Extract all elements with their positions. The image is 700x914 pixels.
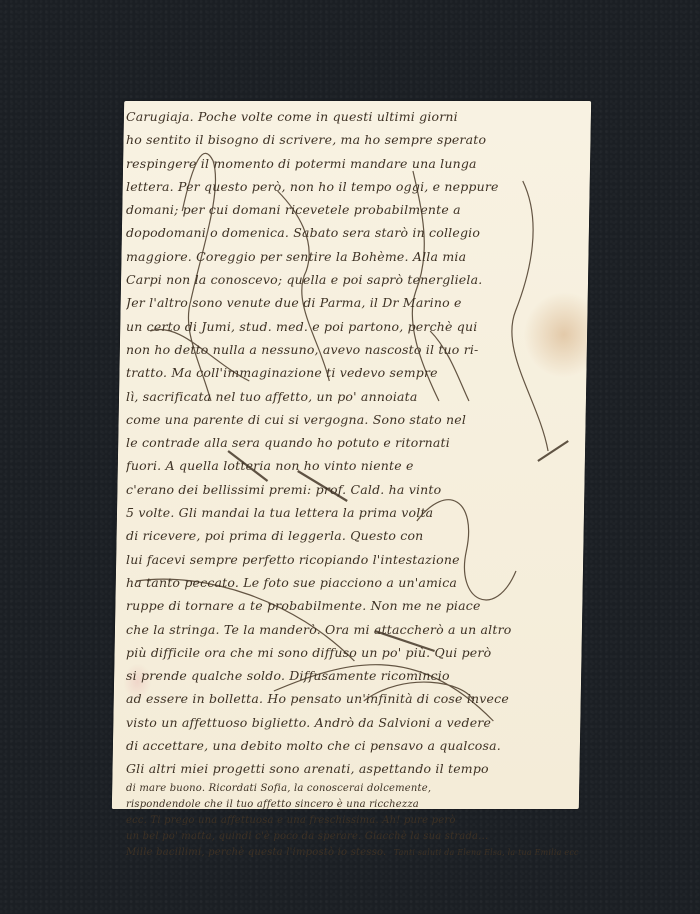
letter-line: 5 volte. Gli mandai la tua lettera la pr… [126, 501, 579, 524]
letter-line: Jer l'altro sono venute due di Parma, il… [126, 291, 579, 314]
letter-line: più difficile ora che mi sono diffuso un… [126, 641, 579, 664]
letter-body: Carugiaja. Poche volte come in questi ul… [126, 105, 579, 805]
letter-line: ecc. Ti prego una affettuosa e una fresc… [126, 813, 579, 829]
letter-line: di ricevere, poi prima di leggerla. Ques… [126, 524, 579, 547]
letter-line: fuori. A quella lotteria non ho vinto ni… [126, 454, 579, 477]
letter-line: che la stringa. Te la manderò. Ora mi at… [126, 618, 579, 641]
letter-line: non ho detto nulla a nessuno, avevo nasc… [126, 338, 579, 361]
letter-line: si prende qualche soldo. Diffusamente ri… [126, 664, 579, 687]
letter-line: le contrade alla sera quando ho potuto e… [126, 431, 579, 454]
letter-line: Gli altri miei progetti sono arenati, as… [126, 757, 579, 780]
letter-line: visto un affettuoso biglietto. Andrò da … [126, 711, 579, 734]
letter-line: lui facevi sempre perfetto ricopiando l'… [126, 548, 579, 571]
letter-line: un certo di Jumi, stud. med. e poi parto… [126, 315, 579, 338]
letter-line: c'erano dei bellissimi premi: prof. Cald… [126, 478, 579, 501]
letter-line: come una parente di cui si vergogna. Son… [126, 408, 579, 431]
letter-line: ha tanto peccato. Le foto sue piacciono … [126, 571, 579, 594]
letter-line: respingere il momento di potermi mandare… [126, 152, 579, 175]
letter-line: un bel po' matta, quindi c'è poco da spe… [126, 829, 579, 845]
letter-line: lettera. Per questo però, non ho il temp… [126, 175, 579, 198]
letter-line: Mille bacillimi, perchè questa l'impostò… [126, 845, 579, 861]
letter-line: ho sentito il bisogno di scrivere, ma ho… [126, 128, 579, 151]
letter-line: domani; per cui domani ricevetele probab… [126, 198, 579, 221]
letter-line: rispondendole che il tuo affetto sincero… [126, 797, 579, 813]
letter-line: ruppe di tornare a te probabilmente. Non… [126, 594, 579, 617]
letter-line: Carpi non la conoscevo; quella e poi sap… [126, 268, 579, 291]
letter-line: dopodomani o domenica. Sabato sera starò… [126, 221, 579, 244]
letter-line: ad essere in bolletta. Ho pensato un'inf… [126, 687, 579, 710]
letter-paper: Carugiaja. Poche volte come in questi ul… [112, 101, 591, 809]
letter-line: Carugiaja. Poche volte come in questi ul… [126, 105, 579, 128]
letter-line: lì, sacrificata nel tuo affetto, un po' … [126, 385, 579, 408]
closing-line: Mille bacillimi, perchè questa l'impostò… [126, 847, 386, 858]
letter-line: tratto. Ma coll'immaginazione ti vedevo … [126, 361, 579, 384]
postscript-line-2: Elsa, la tua Emilia ecc. [484, 848, 579, 857]
letter-line: maggiore. Coreggio per sentire la Bohème… [126, 245, 579, 268]
letter-line: di mare buono. Ricordati Sofia, la conos… [126, 781, 579, 797]
letter-line: di accettare, una debito molto che ci pe… [126, 734, 579, 757]
postscript: Tanti saluti da Elena Elsa, la tua Emili… [394, 848, 579, 857]
postscript-line-1: Tanti saluti da Elena [394, 848, 482, 857]
